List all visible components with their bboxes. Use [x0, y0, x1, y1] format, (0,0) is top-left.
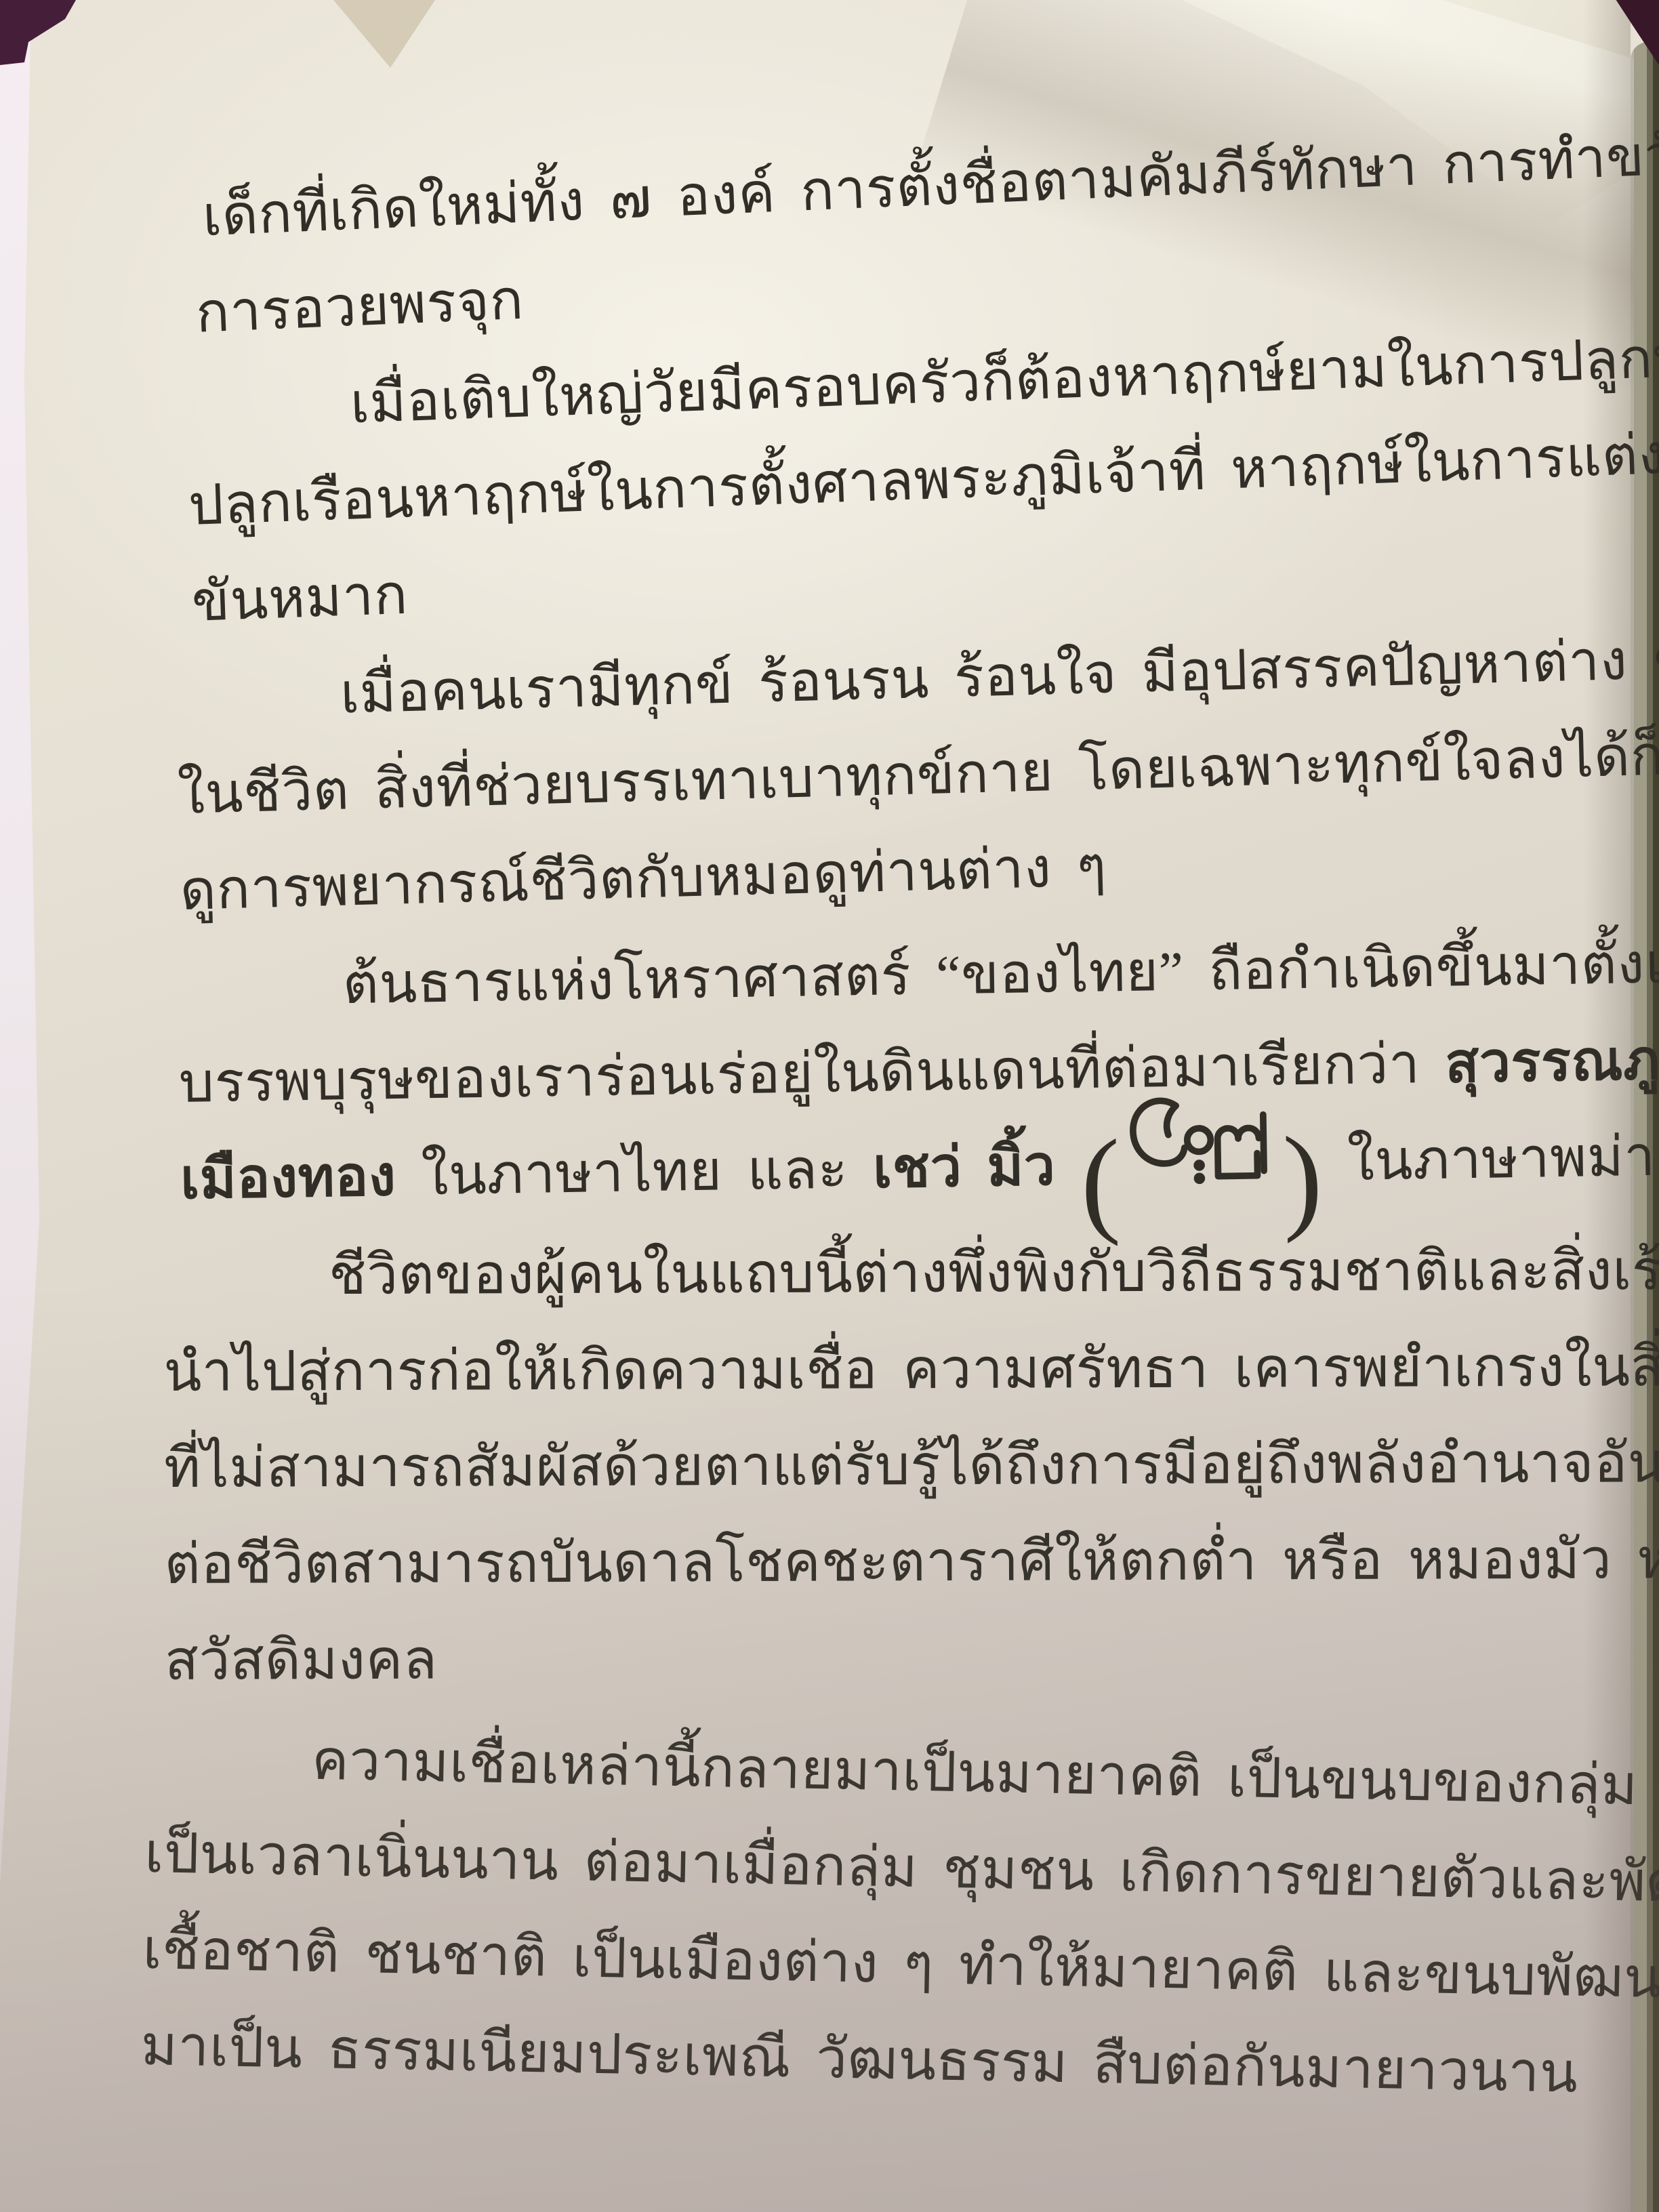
text-segment: มาเป็น ธรรมเนียมประเพณี วัฒนธรรม สืบต่อก…: [140, 2015, 1578, 2104]
text-segment: ในภาษาพม่า: [1322, 1126, 1656, 1193]
text-segment: การอวยพรจุก: [194, 269, 525, 344]
paragraph-4: ต้นธารแห่งโหราศาสตร์ “ของไทย” ถือกำเนิดข…: [177, 918, 1584, 1228]
book-page-photo: เด็กที่เกิดใหม่ทั้ง ๗ องค์ การตั้งชื่อตา…: [0, 0, 1659, 2212]
text-segment: นำไปสู่การก่อให้เกิดความเชื่อ ความศรัทธา…: [163, 1335, 1659, 1403]
text-line: ต่อชีวิตสามารถบันดาลโชคชะตาราศีให้ตกต่ำ …: [164, 1512, 1567, 1613]
text-segment: ในภาษาไทย และ: [396, 1138, 874, 1207]
text-segment: [1055, 1134, 1081, 1197]
text-line: สวัสดิมงคล: [165, 1608, 1568, 1709]
page-text-block: เด็กที่เกิดใหม่ทั้ง ๗ องค์ การตั้งชื่อตา…: [183, 169, 1586, 2094]
text-line: ชีวิตของผู้คนในแถบนี้ต่างพึ่งพิงกับวิถีธ…: [163, 1223, 1566, 1324]
text-segment: เมื่อคนเรามีทุกข์ ร้อนรน ร้อนใจ มีอุปสรร…: [340, 623, 1659, 725]
emphasized-term: เมืองทอง: [180, 1145, 397, 1210]
text-line: นำไปสู่การก่อให้เกิดความเชื่อ ความศรัทธา…: [163, 1319, 1566, 1420]
text-segment: ชีวิตของผู้คนในแถบนี้ต่างพึ่งพิงกับวิถีธ…: [329, 1240, 1659, 1306]
paragraph-3: เมื่อคนเรามีทุกข์ ร้อนรน ร้อนใจ มีอุปสรร…: [173, 614, 1583, 939]
text-line: ที่ไม่สามารถสัมผัสด้วยตาแต่รับรู้ได้ถึงก…: [164, 1416, 1567, 1517]
text-segment: ที่ไม่สามารถสัมผัสด้วยตาแต่รับรู้ได้ถึงก…: [164, 1431, 1659, 1499]
paragraph-2: เมื่อเติบใหญ่วัยมีครอบครัวก็ต้องหาฤกษ์ยา…: [184, 313, 1596, 651]
text-segment: ดูการพยากรณ์ชีวิตกับหมอดูท่านต่าง ๆ: [180, 836, 1108, 922]
burmese-script-glyph: [1124, 1181, 1279, 1184]
text-segment: เชื้อชาติ ชนชาติ เป็นเมืองต่าง ๆ ทำให้มา…: [142, 1919, 1659, 2013]
text-segment: ความเชื่อเหล่านี้กลายมาเป็นมายาคติ เป็นข…: [311, 1729, 1659, 1822]
text-segment: สวัสดิมงคล: [165, 1629, 438, 1692]
text-segment: เป็นเวลาเนิ่นนาน ต่อมาเมื่อกลุ่ม ชุมชน เ…: [144, 1822, 1659, 1917]
text-segment: ต้นธารแห่งโหราศาสตร์ “ของไทย” ถือกำเนิดข…: [342, 930, 1659, 1015]
emphasized-term: สุวรรณภูมิ: [1445, 1029, 1659, 1094]
paragraph-5: ชีวิตของผู้คนในแถบนี้ต่างพึ่งพิงกับวิถีธ…: [163, 1223, 1568, 1709]
emphasized-term: เชว่ มิ้ว: [872, 1135, 1056, 1200]
text-segment: ต่อชีวิตสามารถบันดาลโชคชะตาราศีให้ตกต่ำ …: [164, 1528, 1659, 1595]
text-segment: ขันหมาก: [190, 564, 409, 633]
paragraph-6: ความเชื่อเหล่านี้กลายมาเป็นมายาคติ เป็นข…: [140, 1709, 1551, 2121]
